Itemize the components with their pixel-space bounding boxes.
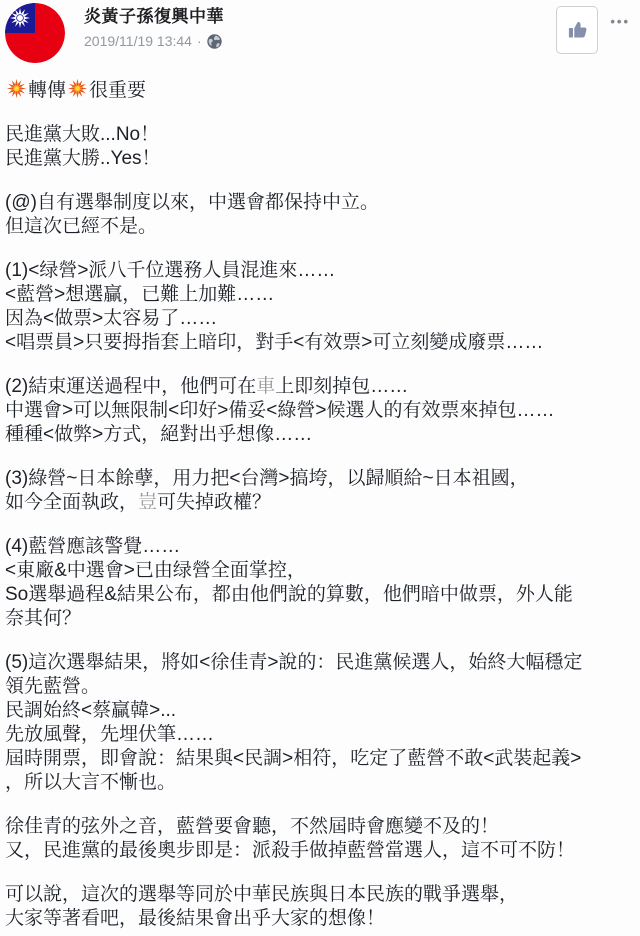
post-paragraph: (@)自有選舉制度以來，中選會都保持中立。但這次已經不是。	[5, 191, 636, 239]
post-line: 如今全面執政，豈可失掉政權？	[5, 491, 636, 515]
post-line: 可以說，這次的選舉等同於中華民族與日本民族的戰爭選舉，	[5, 883, 636, 907]
post-line: <藍營>想選贏，已難上加難……	[5, 283, 636, 307]
post-line: 又，民進黨的最後奧步即是：派殺手做掉藍營當選人，這不可不防！	[5, 839, 636, 863]
post-line: 民調始終<蔡贏韓>...	[5, 699, 636, 723]
post-text: ，所以大言不慚也。	[5, 772, 176, 793]
post-text: 先放風聲，先埋伏筆……	[5, 724, 214, 745]
post-meta: 2019/11/19 13:44 ·	[84, 33, 224, 49]
post-header: 炎黃子孫復興中華 2019/11/19 13:44 ·	[0, 0, 640, 76]
post-body: 轉傳很重要民進黨大敗...No！民進黨大勝..Yes！(@)自有選舉制度以來，中…	[0, 76, 640, 931]
post-text: 如今全面執政，	[5, 492, 138, 513]
post-text: 民調始終<蔡贏韓>...	[5, 700, 176, 721]
post-line: So選舉過程&結果公布，都由他們說的算數，他們暗中做票，外人能	[5, 583, 636, 607]
post-text: 中選會>可以無限制<印好>備妥<綠營>候選人的有效票來掉包……	[5, 400, 554, 421]
post-line: (5)這次選舉結果，將如<徐佳青>說的：民進黨候選人，始終大幅穩定	[5, 651, 636, 675]
post-text: 可失掉政權？	[157, 492, 271, 513]
post-text: <東廠&中選會>已由绿營全面掌控，	[5, 560, 306, 581]
post-text: (2)結束運送過程中，他們可在	[5, 376, 256, 397]
post-text: (5)這次選舉結果，將如<徐佳青>說的：民進黨候選人，始終大幅穩定	[5, 652, 582, 673]
post-paragraph: (2)結束運送過程中，他們可在車上即刻掉包……中選會>可以無限制<印好>備妥<綠…	[5, 375, 636, 447]
meta-separator: ·	[197, 33, 202, 49]
post-line: 但這次已經不是。	[5, 215, 636, 239]
post-line: (1)<绿營>派八千位選務人員混進來……	[5, 259, 636, 283]
post-line: 大家等著看吧，最後結果會出乎大家的想像！	[5, 907, 636, 931]
post-line: <東廠&中選會>已由绿營全面掌控，	[5, 559, 636, 583]
post-text: 種種<做弊>方式，絕對出乎想像……	[5, 424, 312, 445]
post-text: (@)自有選舉制度以來，中選會都保持中立。	[5, 192, 379, 213]
post-text: <藍營>想選贏，已難上加難……	[5, 284, 274, 305]
post-line: <唱票員>只要拇指套上暗印，對手<有效票>可立刻變成廢票……	[5, 331, 636, 355]
post-line: 屆時開票，即會說：結果與<民調>相符，吃定了藍營不敢<武裝起義>	[5, 747, 636, 771]
post-text: 奈其何？	[5, 608, 81, 629]
post-line: (3)綠營~日本餘孽，用力把<台灣>搞垮，以歸順給~日本祖國，	[5, 467, 636, 491]
post-line: 領先藍營。	[5, 675, 636, 699]
facebook-post: 炎黃子孫復興中華 2019/11/19 13:44 ·	[0, 0, 640, 936]
post-line: 奈其何？	[5, 607, 636, 631]
post-text: (3)綠營~日本餘孽，用力把<台灣>搞垮，以歸順給~日本祖國，	[5, 468, 529, 489]
header-text: 炎黃子孫復興中華 2019/11/19 13:44 ·	[84, 7, 224, 49]
page-avatar[interactable]	[5, 3, 65, 63]
post-text: (1)<绿營>派八千位選務人員混進來……	[5, 260, 335, 281]
post-paragraph: 徐佳青的弦外之音，藍營要會聽，不然屆時會應變不及的！又，民進黨的最後奧步即是：派…	[5, 815, 636, 863]
post-text: <唱票員>只要拇指套上暗印，對手<有效票>可立刻變成廢票……	[5, 332, 543, 353]
post-text: 徐佳青的弦外之音，藍營要會聽，不然屆時會應變不及的！	[5, 816, 499, 837]
post-paragraph: 轉傳很重要	[5, 78, 636, 103]
post-line: 中選會>可以無限制<印好>備妥<綠營>候選人的有效票來掉包……	[5, 399, 636, 423]
thumbs-up-icon	[565, 18, 589, 42]
post-text-muted: 車	[256, 376, 275, 397]
timestamp[interactable]: 2019/11/19 13:44	[84, 33, 192, 49]
boom-emoji-icon	[6, 78, 27, 99]
post-text: 大家等著看吧，最後結果會出乎大家的想像！	[5, 908, 385, 929]
globe-icon	[207, 34, 222, 49]
post-text: 又，民進黨的最後奧步即是：派殺手做掉藍營當選人，這不可不防！	[5, 840, 575, 861]
more-options-icon[interactable]: •••	[610, 12, 630, 32]
post-line: 因為<做票>太容易了……	[5, 307, 636, 331]
boom-emoji-icon	[67, 78, 88, 99]
like-page-button[interactable]	[556, 6, 598, 54]
post-line: (4)藍營應該警覺……	[5, 535, 636, 559]
post-paragraph: (3)綠營~日本餘孽，用力把<台灣>搞垮，以歸順給~日本祖國，如今全面執政，豈可…	[5, 467, 636, 515]
post-paragraph: (5)這次選舉結果，將如<徐佳青>說的：民進黨候選人，始終大幅穩定領先藍營。民調…	[5, 651, 636, 795]
post-paragraph: (4)藍營應該警覺……<東廠&中選會>已由绿營全面掌控，So選舉過程&結果公布，…	[5, 535, 636, 631]
post-line: 徐佳青的弦外之音，藍營要會聽，不然屆時會應變不及的！	[5, 815, 636, 839]
post-text: (4)藍營應該警覺……	[5, 536, 180, 557]
post-line: (2)結束運送過程中，他們可在車上即刻掉包……	[5, 375, 636, 399]
post-text: 領先藍營。	[5, 676, 100, 697]
post-text: 因為<做票>太容易了……	[5, 308, 217, 329]
page-name[interactable]: 炎黃子孫復興中華	[84, 7, 224, 27]
post-text: 可以說，這次的選舉等同於中華民族與日本民族的戰爭選舉，	[5, 884, 518, 905]
post-text: 屆時開票，即會說：結果與<民調>相符，吃定了藍營不敢<武裝起義>	[5, 748, 581, 769]
post-text: 民進黨大敗...No！	[5, 124, 159, 145]
post-line: 民進黨大勝..Yes！	[5, 147, 636, 171]
post-line: ，所以大言不慚也。	[5, 771, 636, 795]
post-line: 先放風聲，先埋伏筆……	[5, 723, 636, 747]
post-text: So選舉過程&結果公布，都由他們說的算數，他們暗中做票，外人能	[5, 584, 573, 605]
post-paragraph: 民進黨大敗...No！民進黨大勝..Yes！	[5, 123, 636, 171]
post-line: (@)自有選舉制度以來，中選會都保持中立。	[5, 191, 636, 215]
post-line: 民進黨大敗...No！	[5, 123, 636, 147]
post-text-muted: 豈	[138, 492, 157, 513]
post-text: 很重要	[89, 80, 146, 101]
post-line: 轉傳很重要	[5, 78, 636, 103]
post-line: 種種<做弊>方式，絕對出乎想像……	[5, 423, 636, 447]
post-paragraph: 可以說，這次的選舉等同於中華民族與日本民族的戰爭選舉，大家等著看吧，最後結果會出…	[5, 883, 636, 931]
taiwan-flag-icon	[5, 3, 65, 63]
post-text: 轉傳	[28, 80, 66, 101]
post-text: 但這次已經不是。	[5, 216, 157, 237]
post-paragraph: (1)<绿營>派八千位選務人員混進來……<藍營>想選贏，已難上加難……因為<做票…	[5, 259, 636, 355]
post-text: 民進黨大勝..Yes！	[5, 148, 161, 169]
post-text: 上即刻掉包……	[275, 376, 408, 397]
